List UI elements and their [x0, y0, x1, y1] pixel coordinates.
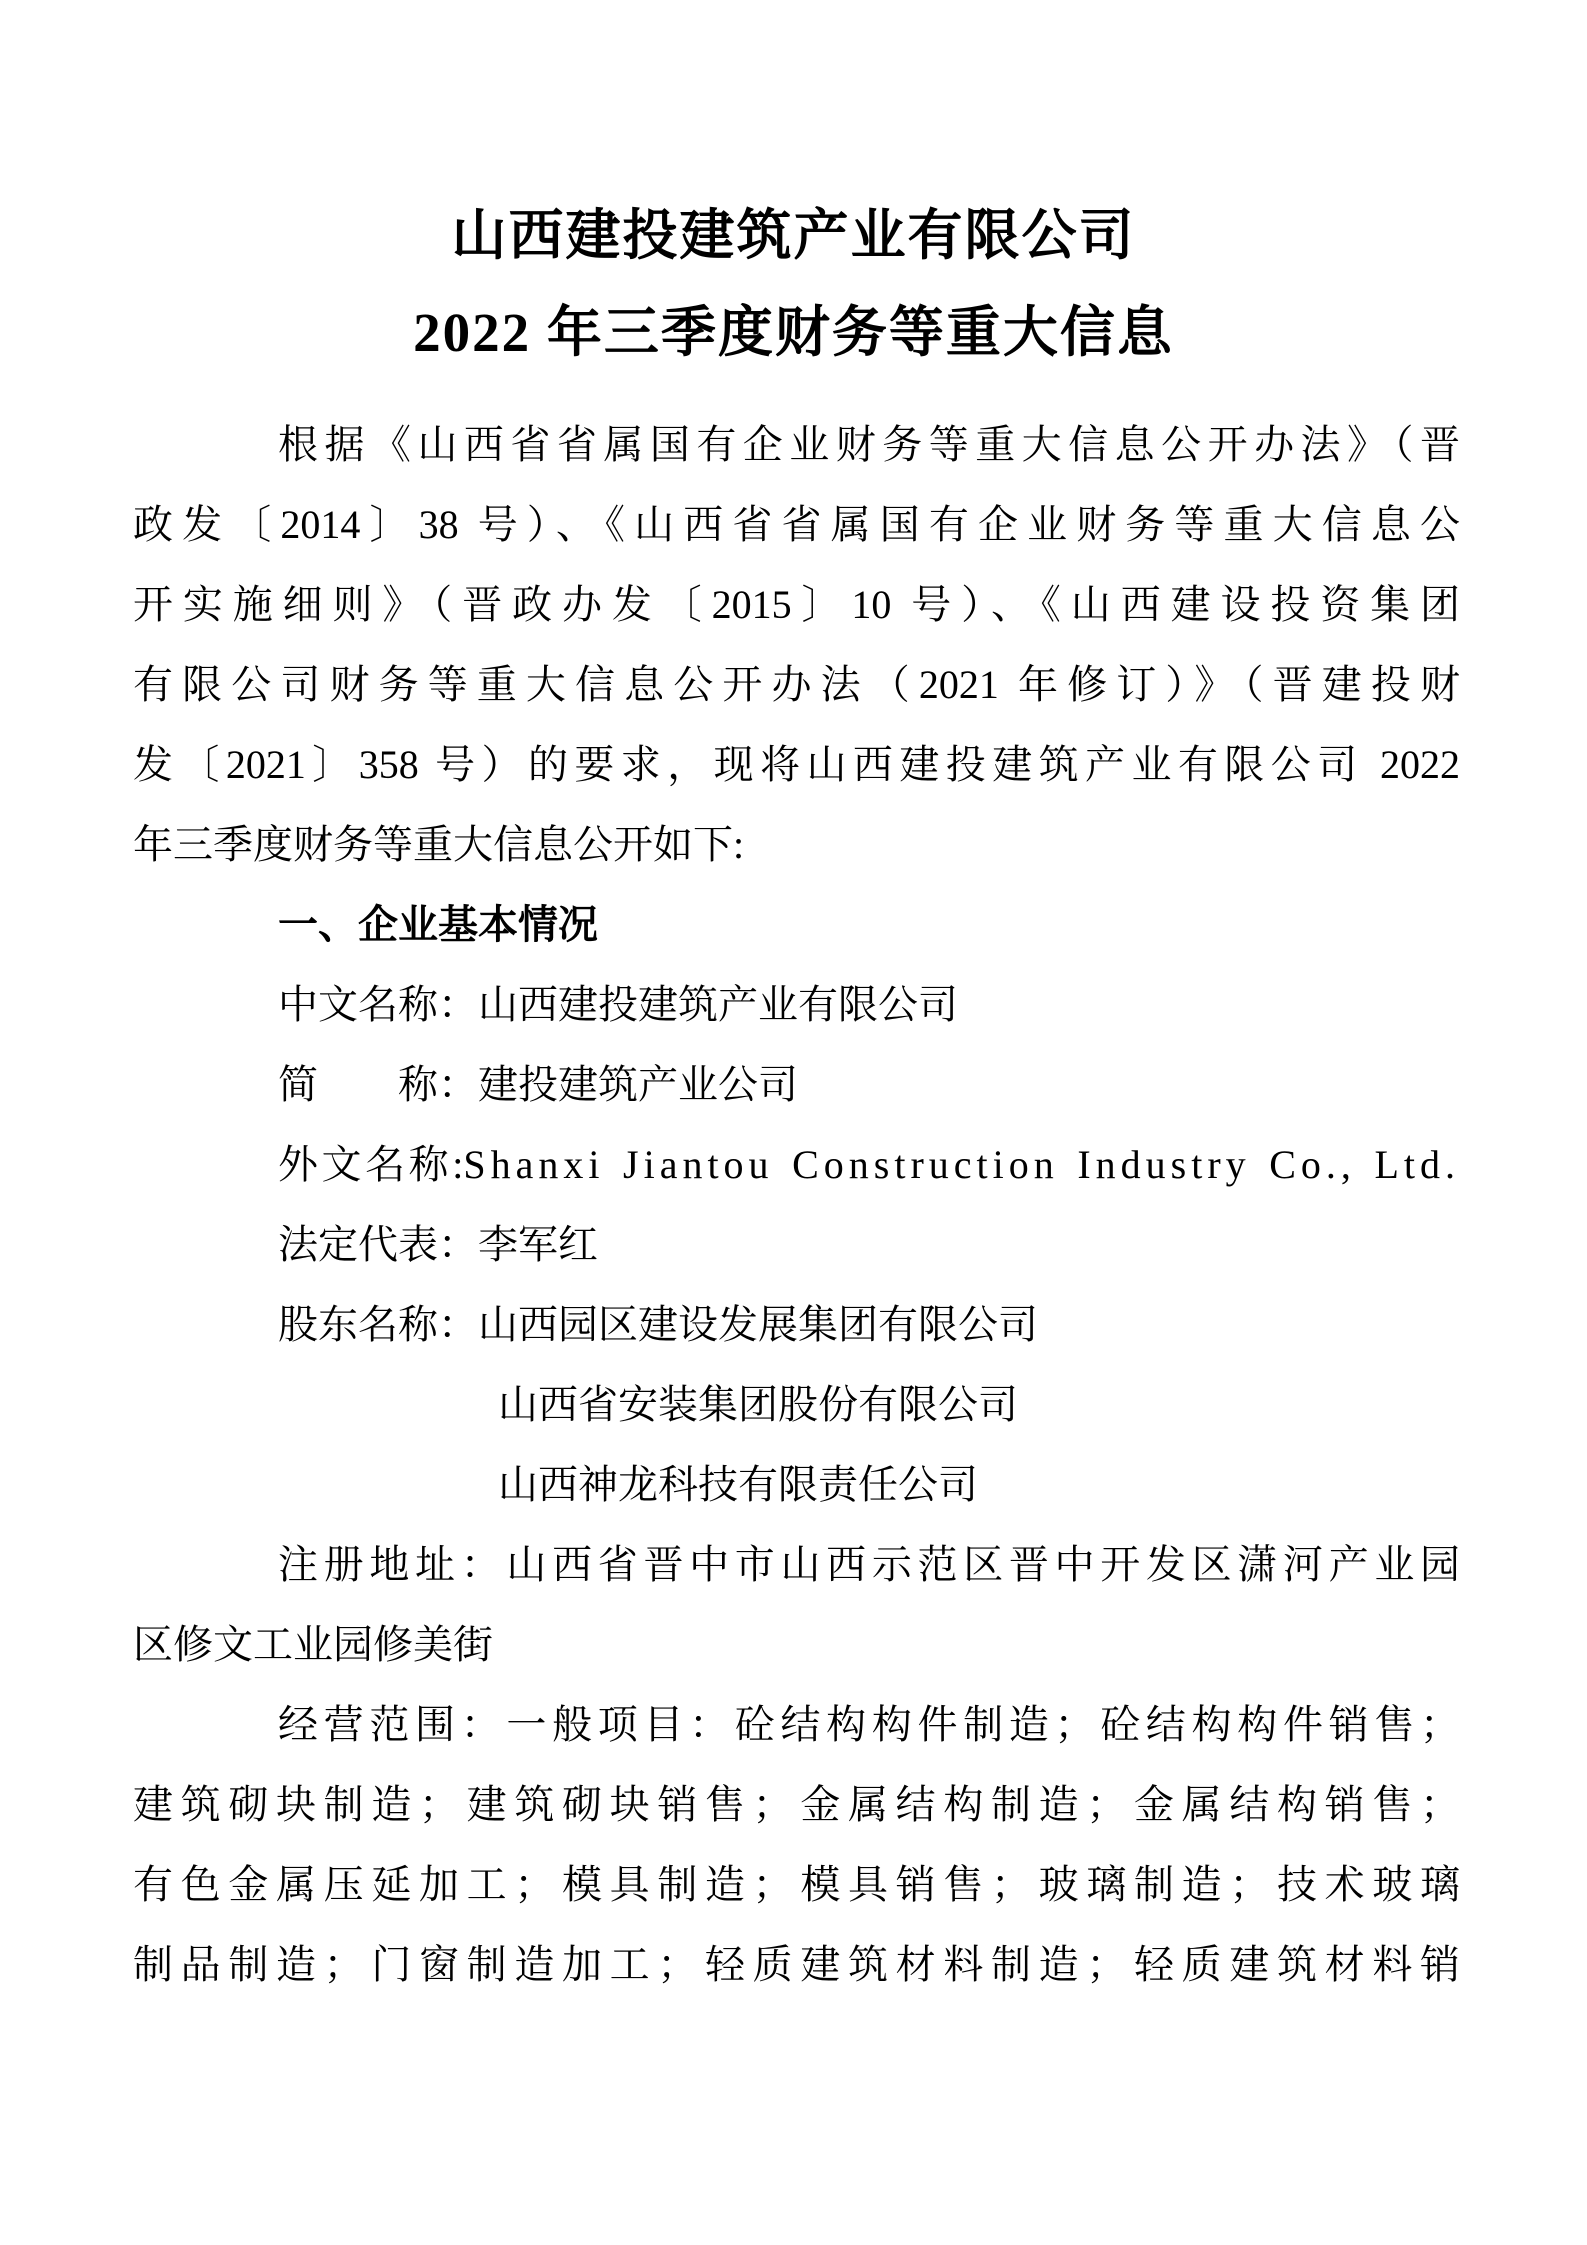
field-business-scope-line-3: 有色金属压延加工；模具制造；模具销售；玻璃制造；技术玻璃 [133, 1845, 1460, 1925]
field-foreign-name: 外文名称:Shanxi Jiantou Construction Industr… [133, 1125, 1460, 1205]
foreign-name-label: 外文名称: [278, 1142, 463, 1187]
field-chinese-name: 中文名称：山西建投建筑产业有限公司 [133, 965, 1460, 1045]
field-short-name: 简 称：建投建筑产业公司 [133, 1045, 1460, 1125]
field-legal-representative: 法定代表：李军红 [133, 1205, 1460, 1285]
title-line-2: 2022 年三季度财务等重大信息 [0, 284, 1587, 381]
document-body: 根据《山西省省属国有企业财务等重大信息公开办法》（晋 政发〔2014〕38 号）… [133, 405, 1460, 2005]
title-line-1: 山西建投建筑产业有限公司 [0, 187, 1587, 284]
field-business-scope-line-4: 制品制造；门窗制造加工；轻质建筑材料制造；轻质建筑材料销 [133, 1925, 1460, 2005]
intro-line-5: 发〔2021〕358 号）的要求，现将山西建投建筑产业有限公司 2022 [133, 725, 1460, 805]
intro-line-1: 根据《山西省省属国有企业财务等重大信息公开办法》（晋 [133, 405, 1460, 485]
field-shareholder-3: 山西神龙科技有限责任公司 [133, 1445, 1460, 1525]
field-business-scope-line-2: 建筑砌块制造；建筑砌块销售；金属结构制造；金属结构销售； [133, 1765, 1460, 1845]
section-heading-basic-info: 一、企业基本情况 [133, 885, 1460, 965]
field-business-scope-line-1: 经营范围：一般项目：砼结构构件制造；砼结构构件销售； [133, 1685, 1460, 1765]
document-page: 山西建投建筑产业有限公司 2022 年三季度财务等重大信息 根据《山西省省属国有… [0, 0, 1587, 2245]
intro-line-2: 政发〔2014〕38 号）、《山西省省属国有企业财务等重大信息公 [133, 485, 1460, 565]
foreign-name-value: Shanxi Jiantou Construction Industry Co.… [463, 1142, 1460, 1187]
field-shareholder-1: 股东名称：山西园区建设发展集团有限公司 [133, 1285, 1460, 1365]
field-registered-address-line-1: 注册地址：山西省晋中市山西示范区晋中开发区潇河产业园 [133, 1525, 1460, 1605]
field-shareholder-2: 山西省安装集团股份有限公司 [133, 1365, 1460, 1445]
intro-line-3: 开实施细则》（晋政办发〔2015〕10 号）、《山西建设投资集团 [133, 565, 1460, 645]
document-title: 山西建投建筑产业有限公司 2022 年三季度财务等重大信息 [0, 0, 1587, 381]
field-registered-address-line-2: 区修文工业园修美街 [133, 1605, 1460, 1685]
intro-line-6: 年三季度财务等重大信息公开如下: [133, 805, 1460, 885]
intro-line-4: 有限公司财务等重大信息公开办法（2021 年修订）》（晋建投财 [133, 645, 1460, 725]
